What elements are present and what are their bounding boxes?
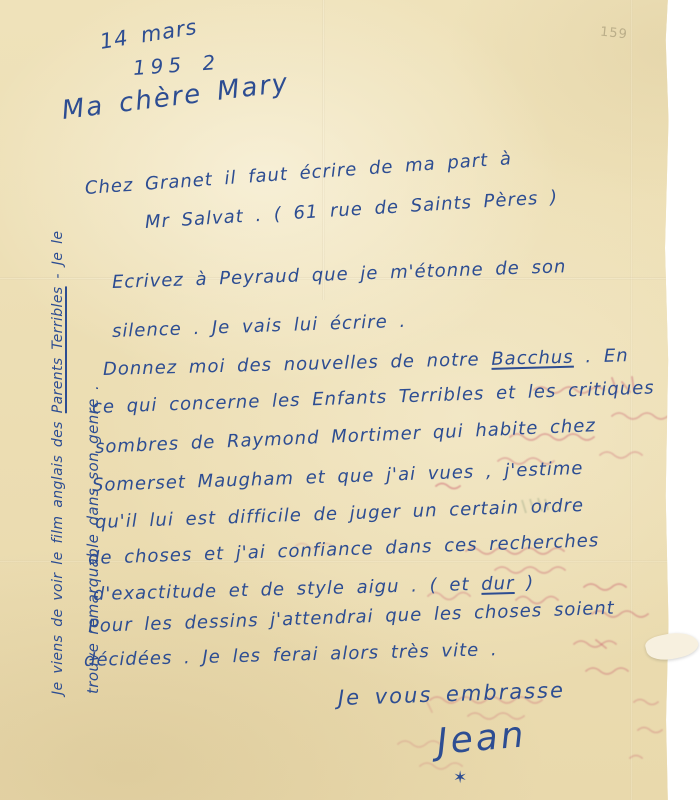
margin-note-line-1: Je viens de voir le film anglais des Par… — [50, 295, 66, 695]
pencil-page-number: 159 — [599, 25, 628, 43]
margin-note-line-2: trouve remarquable dans son genre . — [84, 354, 102, 694]
signature-star-icon: ✶ — [453, 768, 468, 788]
letter-paper: 159 14 mars 195 2 Ma chère Mary Chez Gra… — [0, 0, 700, 800]
signature: Jean — [435, 714, 528, 763]
scanned-letter-page: 159 14 mars 195 2 Ma chère Mary Chez Gra… — [0, 0, 700, 800]
